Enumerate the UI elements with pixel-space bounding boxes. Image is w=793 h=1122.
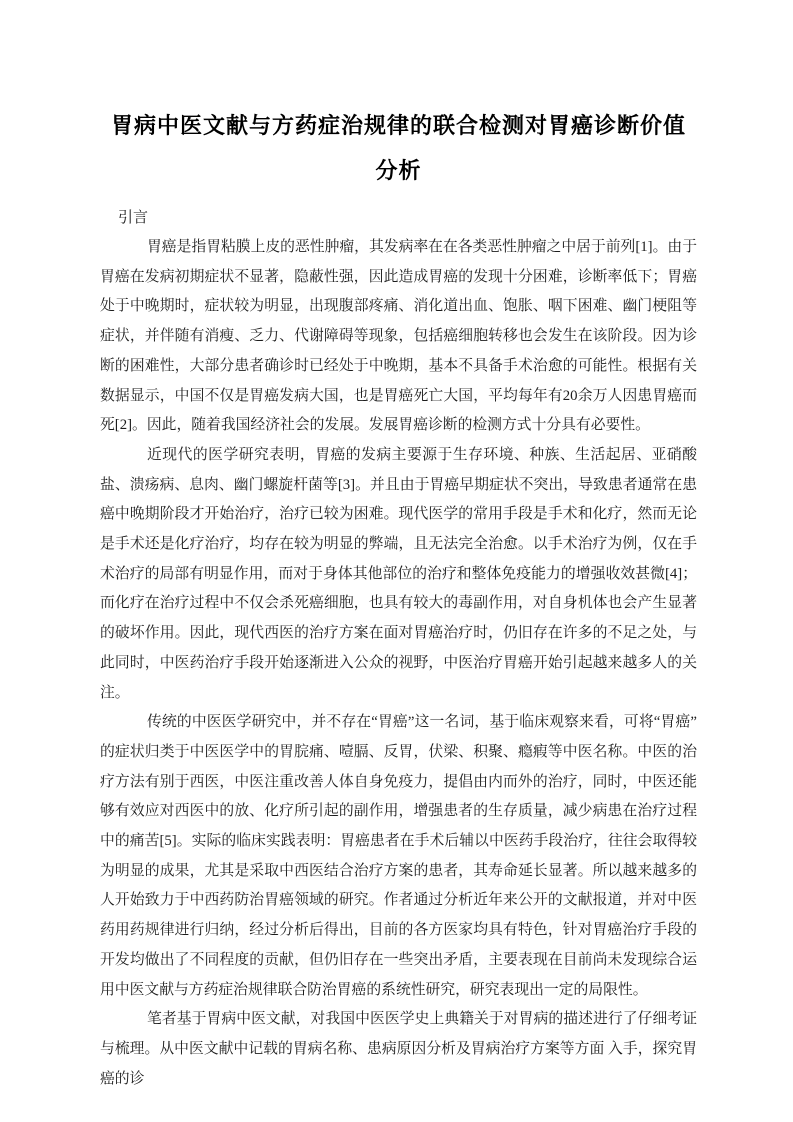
document-page: 胃病中医文献与方药症治规律的联合检测对胃癌诊断价值 分析 引言 胃癌是指胃粘膜上… <box>0 0 793 1122</box>
document-title-line-1: 胃病中医文献与方药症治规律的联合检测对胃癌诊断价值 <box>100 103 697 148</box>
document-title: 胃病中医文献与方药症治规律的联合检测对胃癌诊断价值 分析 <box>100 103 697 193</box>
paragraph-4: 笔者基于胃病中医文献，对我国中医医学史上典籍关于对胃病的描述进行了仔细考证与梳理… <box>100 1005 697 1094</box>
paragraph-1: 胃癌是指胃粘膜上皮的恶性肿瘤，其发病率在在各类恶性肿瘤之中居于前列[1]。由于胃… <box>100 233 697 441</box>
paragraph-2: 近现代的医学研究表明，胃癌的发病主要源于生存环境、种族、生活起居、亚硝酸盐、溃疡… <box>100 441 697 708</box>
section-heading-introduction: 引言 <box>100 203 697 233</box>
document-title-line-2: 分析 <box>100 148 697 193</box>
paragraph-3: 传统的中医医学研究中，并不存在“胃癌”这一名词，基于临床观察来看，可将“胃癌”的… <box>100 708 697 1005</box>
